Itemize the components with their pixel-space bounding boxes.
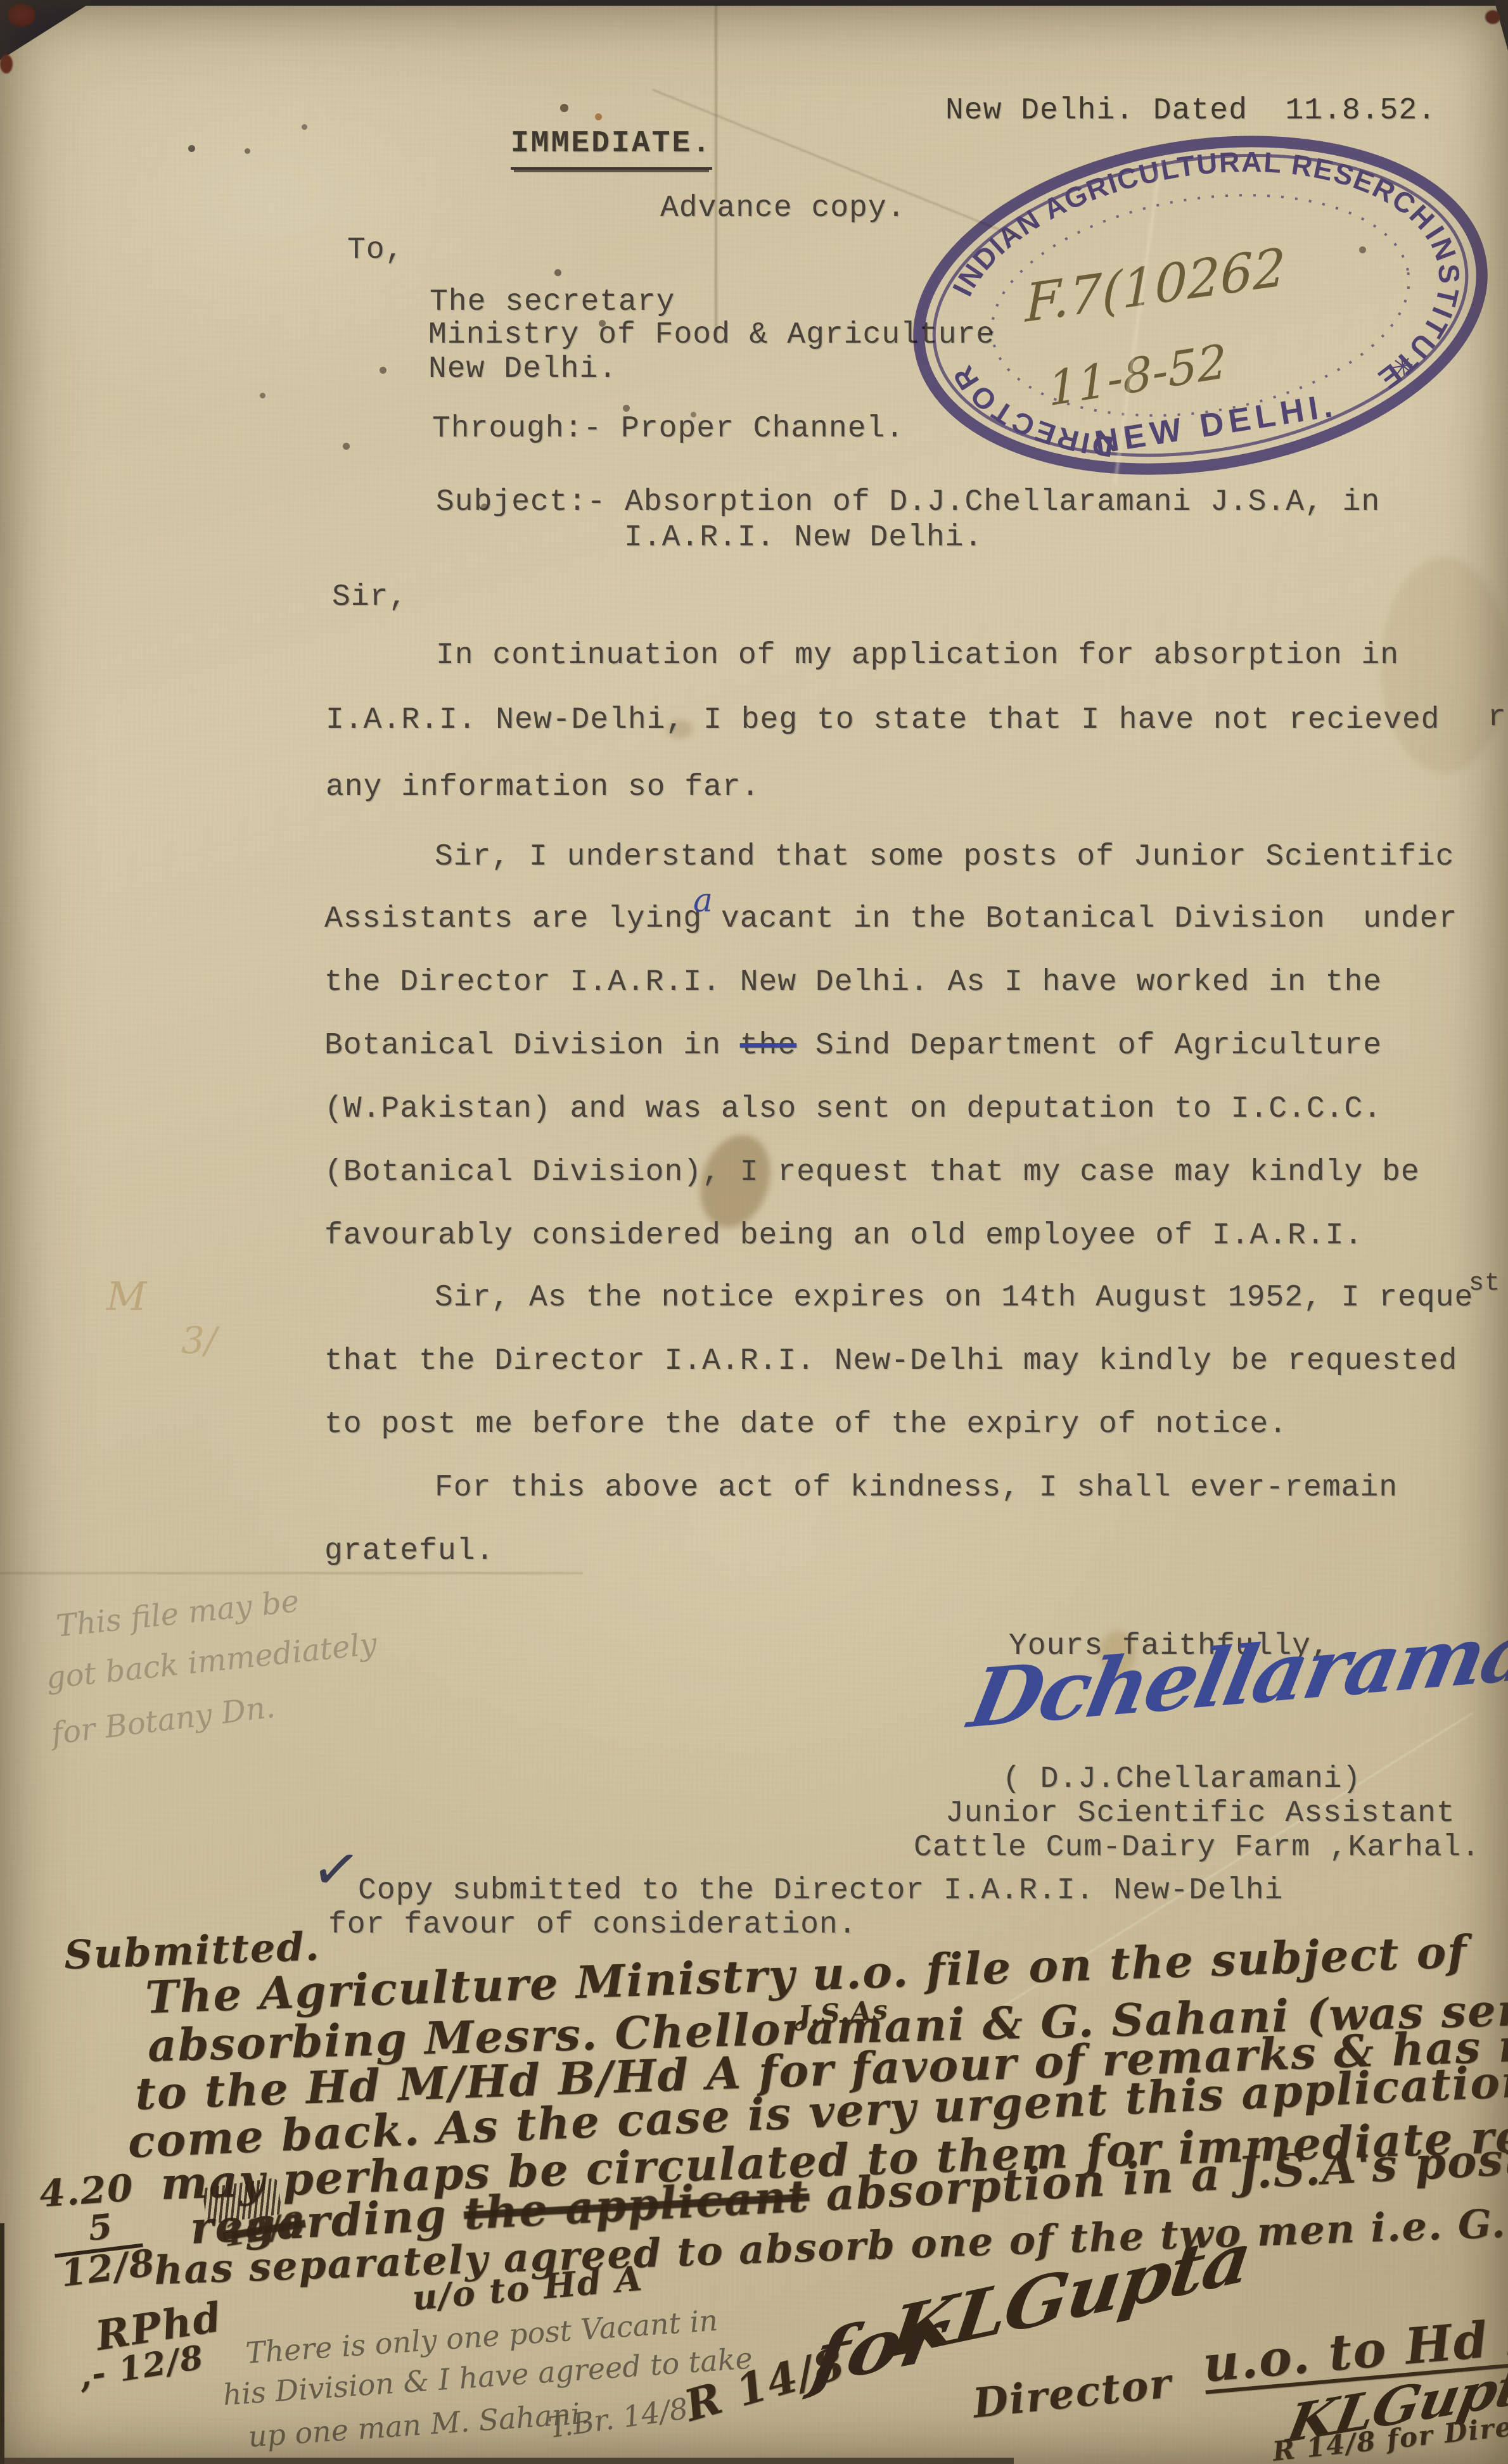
body-line: to post me before the date of the expiry…: [324, 1407, 1288, 1442]
crease-mid: [0, 1572, 583, 1574]
signatory-name: ( D.J.Chellaramani): [1002, 1762, 1361, 1796]
copy-note-line-1: Copy submitted to the Director I.A.R.I. …: [358, 1874, 1283, 1908]
body-line: Assistants are lying vacant in the Botan…: [324, 902, 1457, 936]
check-mark: ✓: [307, 1832, 365, 1907]
body-line: In continuation of my application for ab…: [436, 638, 1399, 673]
signatory-title: Junior Scientific Assistant: [945, 1796, 1455, 1831]
advance-copy-label: Advance copy.: [660, 191, 905, 225]
body-line: any information so far.: [326, 770, 760, 804]
through-line: Through:- Proper Channel.: [432, 412, 904, 446]
body-line: the Director I.A.R.I. New Delhi. As I ha…: [324, 965, 1382, 1000]
margin-note-line-1: This file may be: [54, 1584, 301, 1644]
to-label: To,: [347, 233, 404, 267]
director-signature-sub: Director: [971, 2359, 1174, 2428]
wax-spot-3: [1485, 10, 1500, 24]
faint-mark-3: 3/: [181, 1319, 217, 1362]
signatory-station: Cattle Cum-Dairy Farm ,Karhal.: [914, 1831, 1480, 1865]
body-segment: Sind Department of Agriculture: [796, 1029, 1382, 1063]
edge-fragment-r: r: [1488, 701, 1507, 735]
stain-right-edge: [1381, 557, 1508, 773]
body-line: (W.Pakistan) and was also sent on deputa…: [324, 1092, 1382, 1126]
recipient-line-1: The secretary: [430, 285, 675, 319]
scanned-letter-page: New Delhi. Dated 11.8.52. IMMEDIATE. Adv…: [0, 0, 1508, 2464]
scan-edge-left-bottom: [0, 2223, 4, 2464]
torn-corner-top-right: [1494, 0, 1508, 51]
faint-mark-m: M: [106, 1273, 146, 1319]
body-line: I.A.R.I. New-Delhi, I beg to state that …: [326, 703, 1440, 737]
body-line: Sir, I understand that some posts of Jun…: [435, 840, 1454, 874]
struck-word-the: the: [740, 1029, 796, 1063]
margin-note-line-3: for Botany Dn.: [49, 1689, 277, 1752]
crease-vertical: [715, 0, 717, 342]
edge-fragment-st: st: [1469, 1269, 1500, 1298]
wax-spot-1: [8, 4, 35, 27]
scan-edge-top: [0, 0, 1508, 6]
body-line-with-strike: Botanical Division in the Sind Departmen…: [324, 1029, 1382, 1063]
stamp-asterisk-icon: ✳: [1390, 350, 1416, 383]
subject-line-2: I.A.R.I. New Delhi.: [624, 521, 983, 555]
ink-correction-a: a: [693, 882, 713, 920]
wax-spot-2: [0, 54, 13, 73]
body-line: Sir, As the notice expires on 14th Augus…: [435, 1281, 1473, 1315]
salutation: Sir,: [332, 580, 407, 614]
body-line: grateful.: [324, 1534, 494, 1568]
svg-text:INSTITUTE: INSTITUTE: [1350, 219, 1484, 399]
signature-ink: Dchellaramani: [962, 1597, 1508, 1747]
body-line: favourably considered being an old emplo…: [324, 1219, 1363, 1253]
subject-line-1: Subject:- Absorption of D.J.Chellaramani…: [436, 485, 1380, 519]
body-line: (Botanical Division), I request that my …: [324, 1155, 1420, 1190]
stamp-arc-institute: INSTITUTE: [1350, 219, 1484, 399]
margin-fraction-top: 5: [86, 2206, 115, 2249]
priority-label: IMMEDIATE.: [511, 127, 712, 170]
copy-note-line-2: for favour of consideration.: [328, 1908, 857, 1942]
recipient-line-3: New Delhi.: [428, 352, 617, 386]
scan-edge-bottom: [0, 2458, 1014, 2464]
body-segment: Botanical Division in: [324, 1029, 740, 1063]
body-line: For this above act of kindness, I shall …: [435, 1471, 1398, 1505]
body-line: that the Director I.A.R.I. New-Delhi may…: [324, 1344, 1457, 1378]
margin-initials-date: ,- 12/8: [76, 2338, 207, 2396]
